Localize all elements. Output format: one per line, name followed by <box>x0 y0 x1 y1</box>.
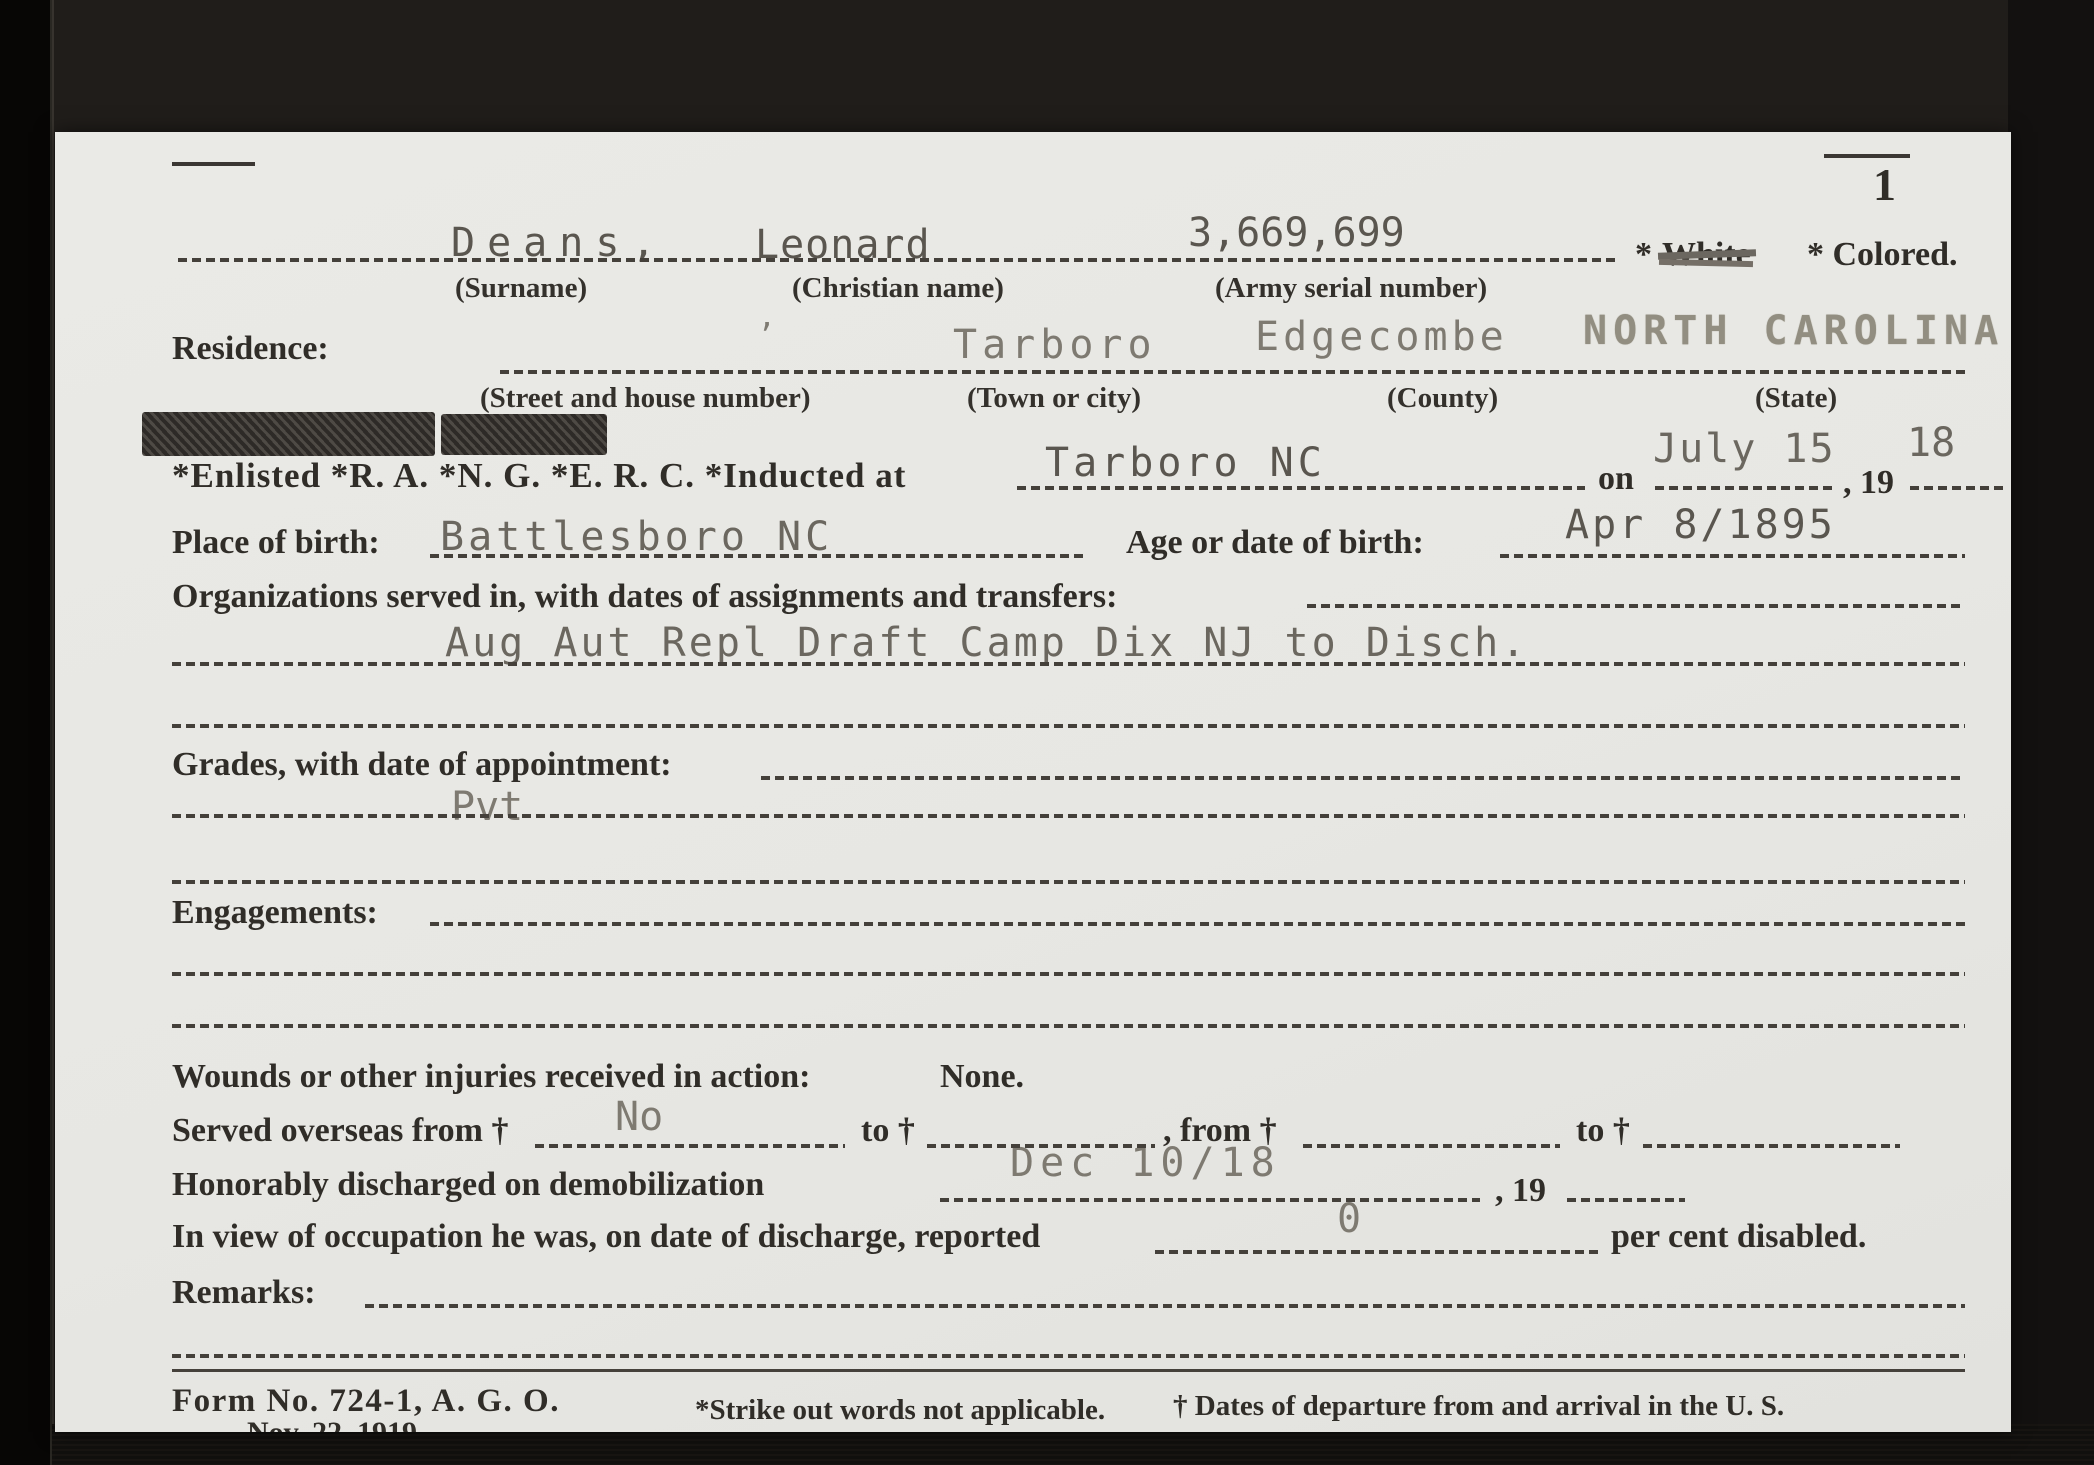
enlistment-label: *Enlisted *R. A. *N. G. *E. R. C. *Induc… <box>172 456 906 496</box>
race-colored-option: * Colored. <box>1807 236 1957 274</box>
footer-rule <box>172 1369 1965 1372</box>
dotted-rule <box>172 972 1965 976</box>
overseas-from-label: Served overseas from † <box>172 1112 508 1150</box>
top-left-tick <box>172 162 255 166</box>
race-white-option: *White <box>1635 236 1751 274</box>
dotted-rule <box>1155 1250 1601 1254</box>
serial-number-value: 3,669,699 <box>1188 210 1405 256</box>
redaction-bar <box>142 412 435 456</box>
year-prefix-label: , 19 <box>1843 464 1894 502</box>
dotted-rule <box>1307 604 1965 608</box>
asterisk: * <box>1635 236 1652 273</box>
dotted-rule <box>1643 1144 1900 1148</box>
residence-label: Residence: <box>172 330 329 368</box>
overseas-from-value: No <box>615 1094 663 1140</box>
discharge-year-prefix: , 19 <box>1495 1172 1546 1210</box>
dotted-rule <box>172 880 1965 884</box>
form-number: Form No. 724-1, A. G. O. <box>172 1383 560 1420</box>
christian-name-caption: (Christian name) <box>792 272 1004 305</box>
dagger-note: † Dates of departure from and arrival in… <box>1173 1390 1784 1423</box>
residence-state-stamp: NORTH CAROLINA <box>1583 308 2004 354</box>
white-label-struck: White <box>1662 236 1751 274</box>
film-edge-left <box>0 0 52 1465</box>
inducted-place-value: Tarboro NC <box>1045 440 1326 486</box>
engagements-label: Engagements: <box>172 894 378 932</box>
dotted-rule <box>1567 1198 1685 1202</box>
film-edge-scratch <box>50 0 54 1465</box>
dotted-rule <box>172 814 1965 818</box>
dotted-rule <box>1500 554 1965 558</box>
county-caption: (County) <box>1387 382 1498 415</box>
dotted-rule <box>172 1354 1965 1358</box>
redaction-bar <box>441 414 607 455</box>
dotted-rule <box>535 1144 845 1148</box>
state-caption: (State) <box>1755 382 1837 415</box>
strike-note: *Strike out words not applicable. <box>695 1394 1105 1427</box>
on-label: on <box>1598 460 1634 498</box>
dotted-rule <box>927 1144 1155 1148</box>
wounds-value: None. <box>940 1058 1024 1096</box>
dotted-rule <box>761 776 1965 780</box>
discharge-label: Honorably discharged on demobilization <box>172 1166 764 1204</box>
dotted-rule <box>172 1024 1965 1028</box>
stray-typed-mark: ’ <box>757 318 775 353</box>
page-number-rule <box>1824 154 1910 158</box>
dotted-rule <box>500 370 1965 374</box>
organizations-value: Aug Aut Repl Draft Camp Dix NJ to Disch. <box>445 620 1528 666</box>
form-date: Nov. 22, 1919 <box>247 1416 417 1432</box>
remarks-label: Remarks: <box>172 1274 316 1312</box>
dotted-rule <box>940 1198 1480 1202</box>
dotted-rule <box>172 662 1965 666</box>
overseas-to2-label: to † <box>1576 1112 1630 1150</box>
enlistment-year-value: 18 <box>1907 420 1955 466</box>
dotted-rule <box>430 554 1085 558</box>
street-caption: (Street and house number) <box>480 382 811 415</box>
microfilm-scan: 1 Deans, Leonard 3,669,699 *White * Colo… <box>0 0 2094 1465</box>
enlistment-date-value: July 15 <box>1653 426 1836 472</box>
wounds-label: Wounds or other injuries received in act… <box>172 1058 810 1096</box>
dotted-rule <box>1017 486 1585 490</box>
surname-caption: (Surname) <box>455 272 587 305</box>
dotted-rule <box>365 1304 1965 1308</box>
birth-date-value: Apr 8/1895 <box>1565 502 1836 548</box>
dotted-rule <box>178 258 1618 262</box>
residence-county-value: Edgecombe <box>1255 314 1508 360</box>
grade-value: Pvt <box>451 784 523 830</box>
place-of-birth-label: Place of birth: <box>172 524 380 562</box>
dotted-rule <box>1910 486 2005 490</box>
page-number: 1 <box>1873 158 1896 211</box>
dotted-rule <box>1303 1144 1560 1148</box>
serial-number-caption: (Army serial number) <box>1215 272 1487 305</box>
residence-town-value: Tarboro <box>953 322 1157 368</box>
dotted-rule <box>430 922 1965 926</box>
organizations-label: Organizations served in, with dates of a… <box>172 578 1117 616</box>
percent-disabled-label: per cent disabled. <box>1611 1218 1866 1256</box>
dotted-rule <box>1655 486 1837 490</box>
overseas-to-label: to † <box>861 1112 915 1150</box>
town-caption: (Town or city) <box>967 382 1141 415</box>
disability-value: 0 <box>1337 1196 1361 1242</box>
film-band-right <box>2008 0 2094 1465</box>
service-record-card: 1 Deans, Leonard 3,669,699 *White * Colo… <box>55 132 2011 1432</box>
age-label: Age or date of birth: <box>1126 524 1424 562</box>
grades-label: Grades, with date of appointment: <box>172 746 672 784</box>
dotted-rule <box>172 724 1965 728</box>
disability-label: In view of occupation he was, on date of… <box>172 1218 1040 1256</box>
